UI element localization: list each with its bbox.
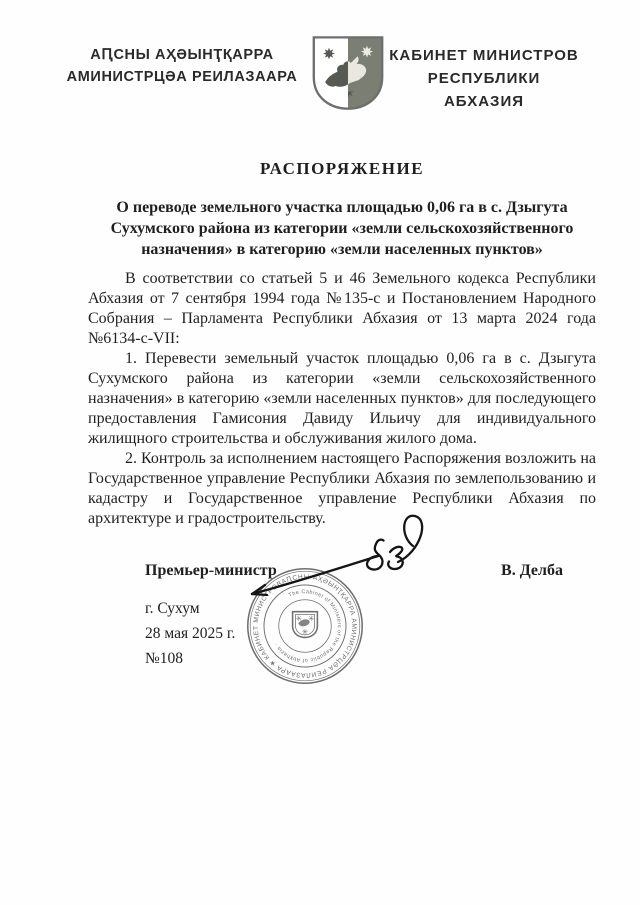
coat-of-arms-icon	[310, 34, 386, 113]
letterhead-abkhaz-line1: АԤСНЫ АҲӘЫНҬҚАРРА	[58, 44, 306, 66]
signatory-name: В. Делба	[501, 562, 563, 580]
document-type-title: РАСПОРЯЖЕНИЕ	[88, 159, 596, 179]
letterhead-abkhaz-line2: АМИНИСТРЦӘА РЕИЛАЗААРА	[58, 66, 306, 88]
document-subject: О переводе земельного участка площадью 0…	[74, 197, 610, 260]
letterhead-russian-line1: КАБИНЕТ МИНИСТРОВ	[386, 44, 582, 67]
letterhead-russian: КАБИНЕТ МИНИСТРОВ РЕСПУБЛИКИ АБХАЗИЯ	[386, 44, 582, 113]
subject-line-3: назначения» в категорию «земли населенны…	[74, 239, 610, 260]
handwritten-signature	[238, 508, 442, 612]
letterhead-abkhaz: АԤСНЫ АҲӘЫНҬҚАРРА АМИНИСТРЦӘА РЕИЛАЗААРА	[58, 44, 306, 88]
svg-text:✳: ✳	[302, 628, 308, 637]
document-page: АԤСНЫ АҲӘЫНҬҚАРРА АМИНИСТРЦӘА РЕИЛАЗААРА	[0, 0, 640, 905]
subject-line-1: О переводе земельного участка площадью 0…	[74, 197, 610, 218]
preamble-paragraph: В соответствии со статьей 5 и 46 Земельн…	[88, 269, 596, 349]
item-1-paragraph: 1. Перевести земельный участок площадью …	[88, 349, 596, 449]
subject-line-2: Сухумского района из категории «земли се…	[74, 218, 610, 239]
letterhead-russian-line2: РЕСПУБЛИКИ АБХАЗИЯ	[386, 67, 582, 113]
document-body: В соответствии со статьей 5 и 46 Земельн…	[88, 269, 596, 529]
